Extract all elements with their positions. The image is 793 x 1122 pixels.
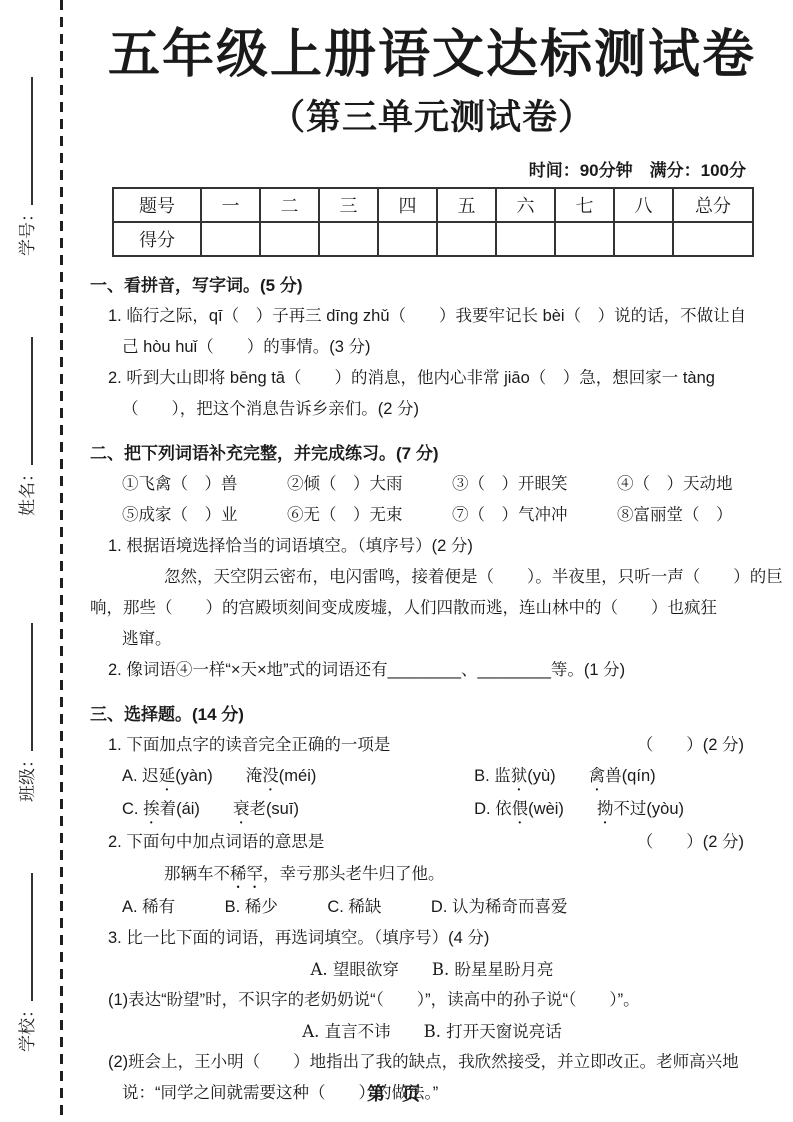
section1-item2-line2: （ ），把这个消息告诉乡亲们。(2 分) [90,394,774,425]
score-table-cell: 二 [260,188,319,222]
q1-option-a: A. 迟延(yàn) 淹没(méi) [122,761,474,794]
score-table-cell: 六 [496,188,555,222]
section2-paragraph-line1: 忽然，天空阴云密布，电闪雷鸣，接着便是（ ）。半夜里，只听一声（ ）的巨 [90,562,774,593]
score-table-cell: 题号 [113,188,201,222]
exam-body: 一、看拼音，写字词。(5 分) 1. 临行之际，qī（ ）子再三 dīng zh… [90,270,774,1109]
score-empty-cell [496,222,555,256]
section2-idioms-line2: ⑤成家（ ）业 ⑥无（ ）无束 ⑦（ ）气冲冲 ⑧富丽堂（ ） [90,500,774,531]
score-empty-cell [260,222,319,256]
class-field: 班级： [12,623,38,802]
exam-paper-page: 学校： 班级： 姓名： 学号： 五年级上册语文达标测试卷 （第三单元测试卷） 时… [0,0,793,1122]
q2-example-sentence: 那辆车不稀罕，幸亏那头老牛归了他。 [90,858,774,892]
score-table-cell: 五 [437,188,496,222]
score-table-cell: 四 [378,188,437,222]
q2-score-blank: （ ）(2 分) [637,827,774,858]
section3-q3-stem: 3. 比一比下面的词语，再选词填空。（填序号）(4 分) [90,923,774,954]
q2-options: A. 稀有 B. 稀少 C. 稀缺 D. 认为稀奇而喜爱 [90,892,774,923]
class-label: 班级： [18,751,37,802]
q3-choices-2: A. 直言不讳 B. 打开天窗说亮话 [90,1016,774,1047]
score-table-cell: 一 [201,188,260,222]
q1-option-c: C. 挨着(ái) 衰老(suī) [122,794,474,827]
score-empty-cell [378,222,437,256]
paper-content: 五年级上册语文达标测试卷 （第三单元测试卷） 时间：90分钟 满分：100分 题… [90,0,774,1109]
name-label: 姓名： [18,465,37,516]
score-empty-cell [614,222,673,256]
section1-heading: 一、看拼音，写字词。(5 分) [90,270,774,301]
school-blank-line [12,873,33,1001]
score-table-cell: 三 [319,188,378,222]
q3-choices-1: A. 望眼欲穿 B. 盼星星盼月亮 [90,954,774,985]
left-margin-strip: 学校： 班级： 姓名： 学号： [0,0,60,1122]
section2-sub1: 1. 根据语境选择恰当的词语填空。（填序号）(2 分) [90,531,774,562]
section1-item2-line1: 2. 听到大山即将 bēng tā（ ）的消息，他内心非常 jiāo（ ）急，想… [90,363,774,394]
q1-option-d: D. 依偎(wèi) 拗不过(yòu) [474,794,684,827]
rotated-margin-labels: 学校： 班级： 姓名： 学号： [0,0,60,1122]
score-table-cell: 七 [555,188,614,222]
student-id-blank-line [12,77,33,205]
q1-options-row-ab: A. 迟延(yàn) 淹没(méi) B. 监狱(yù) 禽兽(qín) [90,761,774,794]
score-row-label: 得分 [113,222,201,256]
q1-stem: 1. 下面加点字的读音完全正确的一项是 [108,730,390,761]
score-table-header-row: 题号 一 二 三 四 五 六 七 八 总分 [113,188,753,222]
student-id-field: 学号： [12,77,38,256]
score-empty-cell [319,222,378,256]
score-table: 题号 一 二 三 四 五 六 七 八 总分 得分 [112,187,754,257]
score-table-cell: 八 [614,188,673,222]
score-empty-cell [673,222,753,256]
page-footer: 第 页 [0,1080,793,1106]
q1-score-blank: （ ）(2 分) [637,730,774,761]
section3-q1-stem-line: 1. 下面加点字的读音完全正确的一项是 （ ）(2 分) [90,730,774,761]
section2-paragraph-line2: 响，那些（ ）的宫殿顷刻间变成废墟，人们四散而逃，连山林中的（ ）也疯狂 [90,593,774,624]
q1-options-row-cd: C. 挨着(ái) 衰老(suī) D. 依偎(wèi) 拗不过(yòu) [90,794,774,827]
school-label: 学校： [18,1001,37,1052]
student-id-label: 学号： [18,205,37,256]
section3-q2-stem-line: 2. 下面句中加点词语的意思是 （ ）(2 分) [90,827,774,858]
score-table-score-row: 得分 [113,222,753,256]
q1-option-b: B. 监狱(yù) 禽兽(qín) [474,761,656,794]
section1-item1-line2: 己 hòu huǐ（ ）的事情。(3 分) [90,332,774,363]
page-title: 五年级上册语文达标测试卷 [90,24,774,86]
score-table-cell: 总分 [673,188,753,222]
q3-sub1: (1)表达“盼望”时，不识字的老奶奶说“（ ）”，读高中的孙子说“（ ）”。 [90,985,774,1016]
score-empty-cell [555,222,614,256]
score-empty-cell [201,222,260,256]
name-field: 姓名： [12,337,38,516]
q2-stem: 2. 下面句中加点词语的意思是 [108,827,324,858]
name-blank-line [12,337,33,465]
q3-sub2-line1: (2)班会上，王小明（ ）地指出了我的缺点，我欣然接受，并立即改正。老师高兴地 [90,1047,774,1078]
seal-dashed-line [60,0,63,1122]
section3-heading: 三、选择题。(14 分) [90,699,774,730]
section2-heading: 二、把下列词语补充完整，并完成练习。(7 分) [90,438,774,469]
score-empty-cell [437,222,496,256]
section2-sub2: 2. 像词语④一样“×天×地”式的词语还有________、________等。… [90,655,774,686]
section1-item1-line1: 1. 临行之际，qī（ ）子再三 dīng zhǔ（ ）我要牢记长 bèi（ ）… [90,301,774,332]
class-blank-line [12,623,33,751]
section2-paragraph-line3: 逃窜。 [90,624,774,655]
section2-idioms-line1: ①飞禽（ ）兽 ②倾（ ）大雨 ③（ ）开眼笑 ④（ ）天动地 [90,469,774,500]
exam-meta: 时间：90分钟 满分：100分 [90,156,774,181]
school-field: 学校： [12,873,38,1052]
page-subtitle: （第三单元测试卷） [90,94,774,142]
